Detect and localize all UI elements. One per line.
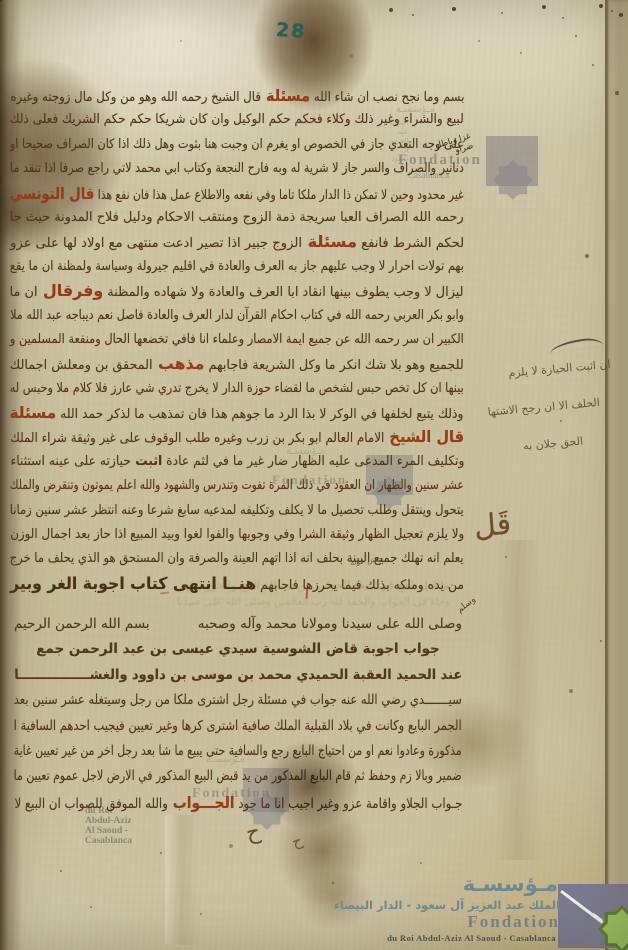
manuscript-line: عند الحميد العقبة الحميدي محمد بن موسى ب… (14, 663, 462, 688)
manuscript-line: بسم وما نجح نصب ان شاء الله مسئلة قال ال… (10, 84, 464, 108)
text-segment: ولا يلزم تعجيل الظهار وثيقة الشرا وفي وج… (10, 527, 464, 542)
manuscript-line: ليزال لا وجب يطوف بينها انقاد ابا العرف … (10, 279, 464, 303)
manuscript-line: لبيع والشراء وغير ذلك وكلاء فحكم حكم الو… (10, 108, 464, 132)
scribal-flourish-2: ح (289, 831, 304, 851)
watermark-star-icon (493, 160, 533, 200)
book-fore-edge (605, 0, 628, 950)
manuscript-line: من يده وملكه بذلك فيما يحرزها فاجابهم هن… (10, 572, 464, 596)
logo-latin-name: Fondation (467, 912, 560, 932)
text-segment: الجمر البايع وكانت في بلاد القبلية الملك… (14, 718, 462, 734)
manuscript-line: وتكليف المرء المدعى عليه الظهار ضار غير … (10, 450, 464, 474)
manuscript-line: عشر سنين والظهار ان العقود في ذلك المرة … (10, 474, 464, 498)
text-segment: غير محدود وحين لا تمكن ذا الدار ملكا تام… (95, 188, 464, 203)
text-segment: مسئلة (261, 86, 310, 105)
text-segment: والله الموفق للصواب ان البيع لا (14, 796, 167, 812)
text-segment: للجميع وهو بلا شك انكر ما وكل الشريعة فا… (205, 358, 464, 373)
text-segment: على وجه التعدي جاز في الخصوص او يغرم ان … (10, 137, 464, 152)
paper-crease (495, 540, 541, 860)
text-segment: حيازته على عينه استثناء (10, 454, 131, 469)
text-segment: مسئلة (10, 403, 57, 422)
manuscript-line: يتحول وينتقل وطلب تحصيل ما لا يكلف وتكلي… (10, 499, 464, 523)
paper-fold (165, 815, 199, 945)
manuscript-line: وذلك يتبع لخلفها في الوكر لا بذا الرد ما… (10, 401, 464, 425)
manuscript-line: الكبير ان سر رحمه الله عن جميع ايمة الام… (10, 328, 464, 352)
foxing-specks (0, 0, 2, 2)
manuscript-line: جواب اجوبة قاض الشوسية سيدي عيسى بن عبد … (14, 637, 462, 662)
text-segment: يتحول وينتقل وطلب تحصيل ما لا يكلف وتكلي… (10, 503, 464, 518)
manuscript-line: رحمه الله الصراف العبا سريجة ذمة الزوج و… (10, 206, 464, 230)
manuscript-line: يعلم انه تهلك جميع البينة بحلف انه اذا ا… (10, 547, 464, 571)
text-segment: رحمه الله الصراف العبا سريجة ذمة الزوج و… (10, 210, 464, 225)
manuscript-line: ضمير وبالا زم وحفظ ثم قام البايع المذكور… (14, 764, 462, 789)
text-segment: هنــا انتهى كتاب اجوبة الغر وبير (10, 574, 256, 593)
margin-side-note: ان اثبت الحيازة لا يلزم الحلف الا ان رجح… (463, 346, 618, 469)
scribal-flourish: ح (244, 819, 263, 846)
text-segment: دنانير والصراف والسر جاز لا شرية له وبه … (10, 161, 464, 176)
text-segment: المحقق بن ومعلش اجمالك (10, 358, 153, 373)
page-number: 28 (275, 19, 307, 43)
text-segment: بسم وما نجح نصب ان شاء الله (310, 90, 464, 105)
manuscript-line: للجميع وهو بلا شك انكر ما وكل الشريعة فا… (10, 352, 464, 376)
manuscript-line: الجمر البايع وكانت في بلاد القبلية الملك… (14, 714, 462, 739)
text-segment: قال الشيخ (384, 427, 464, 446)
text-segment: قال التونسي (10, 184, 95, 203)
text-segment: الامام العالم ابو بكر بن زرب وغيره طلب ا… (10, 431, 384, 446)
text-segment: وذلك يتبع لخلفها في الوكر لا بذا الرد ما… (57, 407, 464, 422)
watermark-square (486, 136, 538, 186)
manuscript-line: سيـــــــدي رضي الله عنه جواب في مسئلة ر… (14, 688, 462, 713)
manuscript-line: غير محدود وحين لا تمكن ذا الدار ملكا تام… (10, 182, 464, 206)
text-segment: مذهب (153, 354, 205, 373)
manuscript-line: بينها ان كل تخص حبس لشخص ما لقضاء حوزة ا… (10, 377, 464, 401)
text-segment: قال الشيخ رحمه الله وهو من وكل مال زوجته… (10, 90, 261, 105)
text-segment: وابو بكر العربي رحمه الله في كتاب احكام … (10, 308, 464, 323)
manuscript-line: قال الشيخ الامام العالم ابو بكر بن زرب و… (10, 425, 464, 449)
logo-arabic-name: مـؤسسـة (463, 872, 558, 896)
manuscript-line: على وجه التعدي جاز في الخصوص او يغرم ان … (10, 133, 464, 157)
text-segment: يعلم انه تهلك جميع البينة بحلف انه اذا ا… (10, 551, 464, 566)
text-segment: ضمير وبالا زم وحفظ ثم قام البايع المذكور… (14, 768, 462, 784)
manuscript-line: لحكم الشرط فانفع مسئلة الزوج جبير اذا تص… (10, 230, 464, 254)
text-segment: وتكليف المرء المدعى عليه الظهار ضار غير … (162, 454, 464, 469)
main-text-block: بسم وما نجح نصب ان شاء الله مسئلة قال ال… (10, 84, 464, 596)
text-segment: بينها ان كل تخص حبس لشخص ما لقضاء حوزة ا… (10, 381, 464, 396)
text-segment: مسئلة (302, 232, 357, 251)
text-segment: لبيع والشراء وغير ذلك وكلاء فحكم حكم الو… (10, 112, 464, 127)
manuscript-line: وابو بكر العربي رحمه الله في كتاب احكام … (10, 304, 464, 328)
text-segment: عشر سنين والظهار ان العقود في ذلك المرة … (10, 478, 464, 493)
text-segment: ليزال لا وجب يطوف بينها انقاد ابا العرف … (104, 285, 464, 300)
text-segment: عند الحميد العقبة الحميدي محمد بن موسى ب… (14, 667, 462, 683)
text-segment: لحكم الشرط فانفع (357, 236, 464, 251)
manuscript-line: جـواب الجلاو واقامة عزو وغير اجيب انا ما… (14, 790, 462, 815)
manuscript-page: 28 ما لعله اجع في سعة الجواب عن مسالة ال… (0, 0, 628, 950)
text-segment: بهم تولات احرار لا وجب عليهم جاز به العر… (10, 259, 464, 274)
manuscript-line: وصلى الله على سيدنا ومولانا محمد وآله وص… (14, 612, 462, 637)
text-segment: جواب اجوبة قاض الشوسية سيدي عيسى بن عبد … (36, 641, 440, 657)
text-segment: اثبت (131, 454, 162, 469)
logo-latin-subtitle: du Roi Abdul-Aziz Al Saoud - Casablanca (387, 933, 556, 943)
manuscript-line: مذكورة وعادوا نعم او من احتياج البايع رج… (14, 739, 462, 764)
text-segment: بسم الله الرحمن الرحيم (14, 612, 150, 637)
manuscript-line: دنانير والصراف والسر جاز لا شرية له وبه … (10, 157, 464, 181)
text-segment: ان ما (10, 285, 38, 300)
manuscript-line: بهم تولات احرار لا وجب عليهم جاز به العر… (10, 255, 464, 279)
text-segment: الزوج جبير اذا تصير ادعت منتهى مع اولاد … (10, 236, 302, 251)
manuscript-line: ولا يلزم تعجيل الظهار وثيقة الشرا وفي وج… (10, 523, 464, 547)
text-segment: جـواب الجلاو واقامة عزو وغير اجيب انا ما… (234, 796, 462, 812)
logo-arabic-subtitle: الملك عبد العزيز آل سعود - الدار البيضاء (334, 898, 560, 912)
second-text-block: وصلى الله على سيدنا ومولانا محمد وآله وص… (14, 612, 462, 815)
text-segment: وفرقال (38, 281, 104, 300)
text-segment: من يده وملكه بذلك فيما يحرزها فاجابهم (256, 578, 464, 593)
text-segment: الكبير ان سر رحمه الله عن جميع ايمة الام… (10, 332, 464, 347)
margin-qal-mark: قَل (473, 507, 512, 545)
text-segment: مذكورة وعادوا نعم او من احتياج البايع رج… (14, 743, 462, 759)
text-segment: سيـــــــدي رضي الله عنه جواب في مسئلة ر… (14, 692, 462, 708)
text-segment: الجـــواب (167, 793, 234, 812)
text-segment: وصلى الله على سيدنا ومولانا محمد وآله وص… (198, 612, 462, 637)
